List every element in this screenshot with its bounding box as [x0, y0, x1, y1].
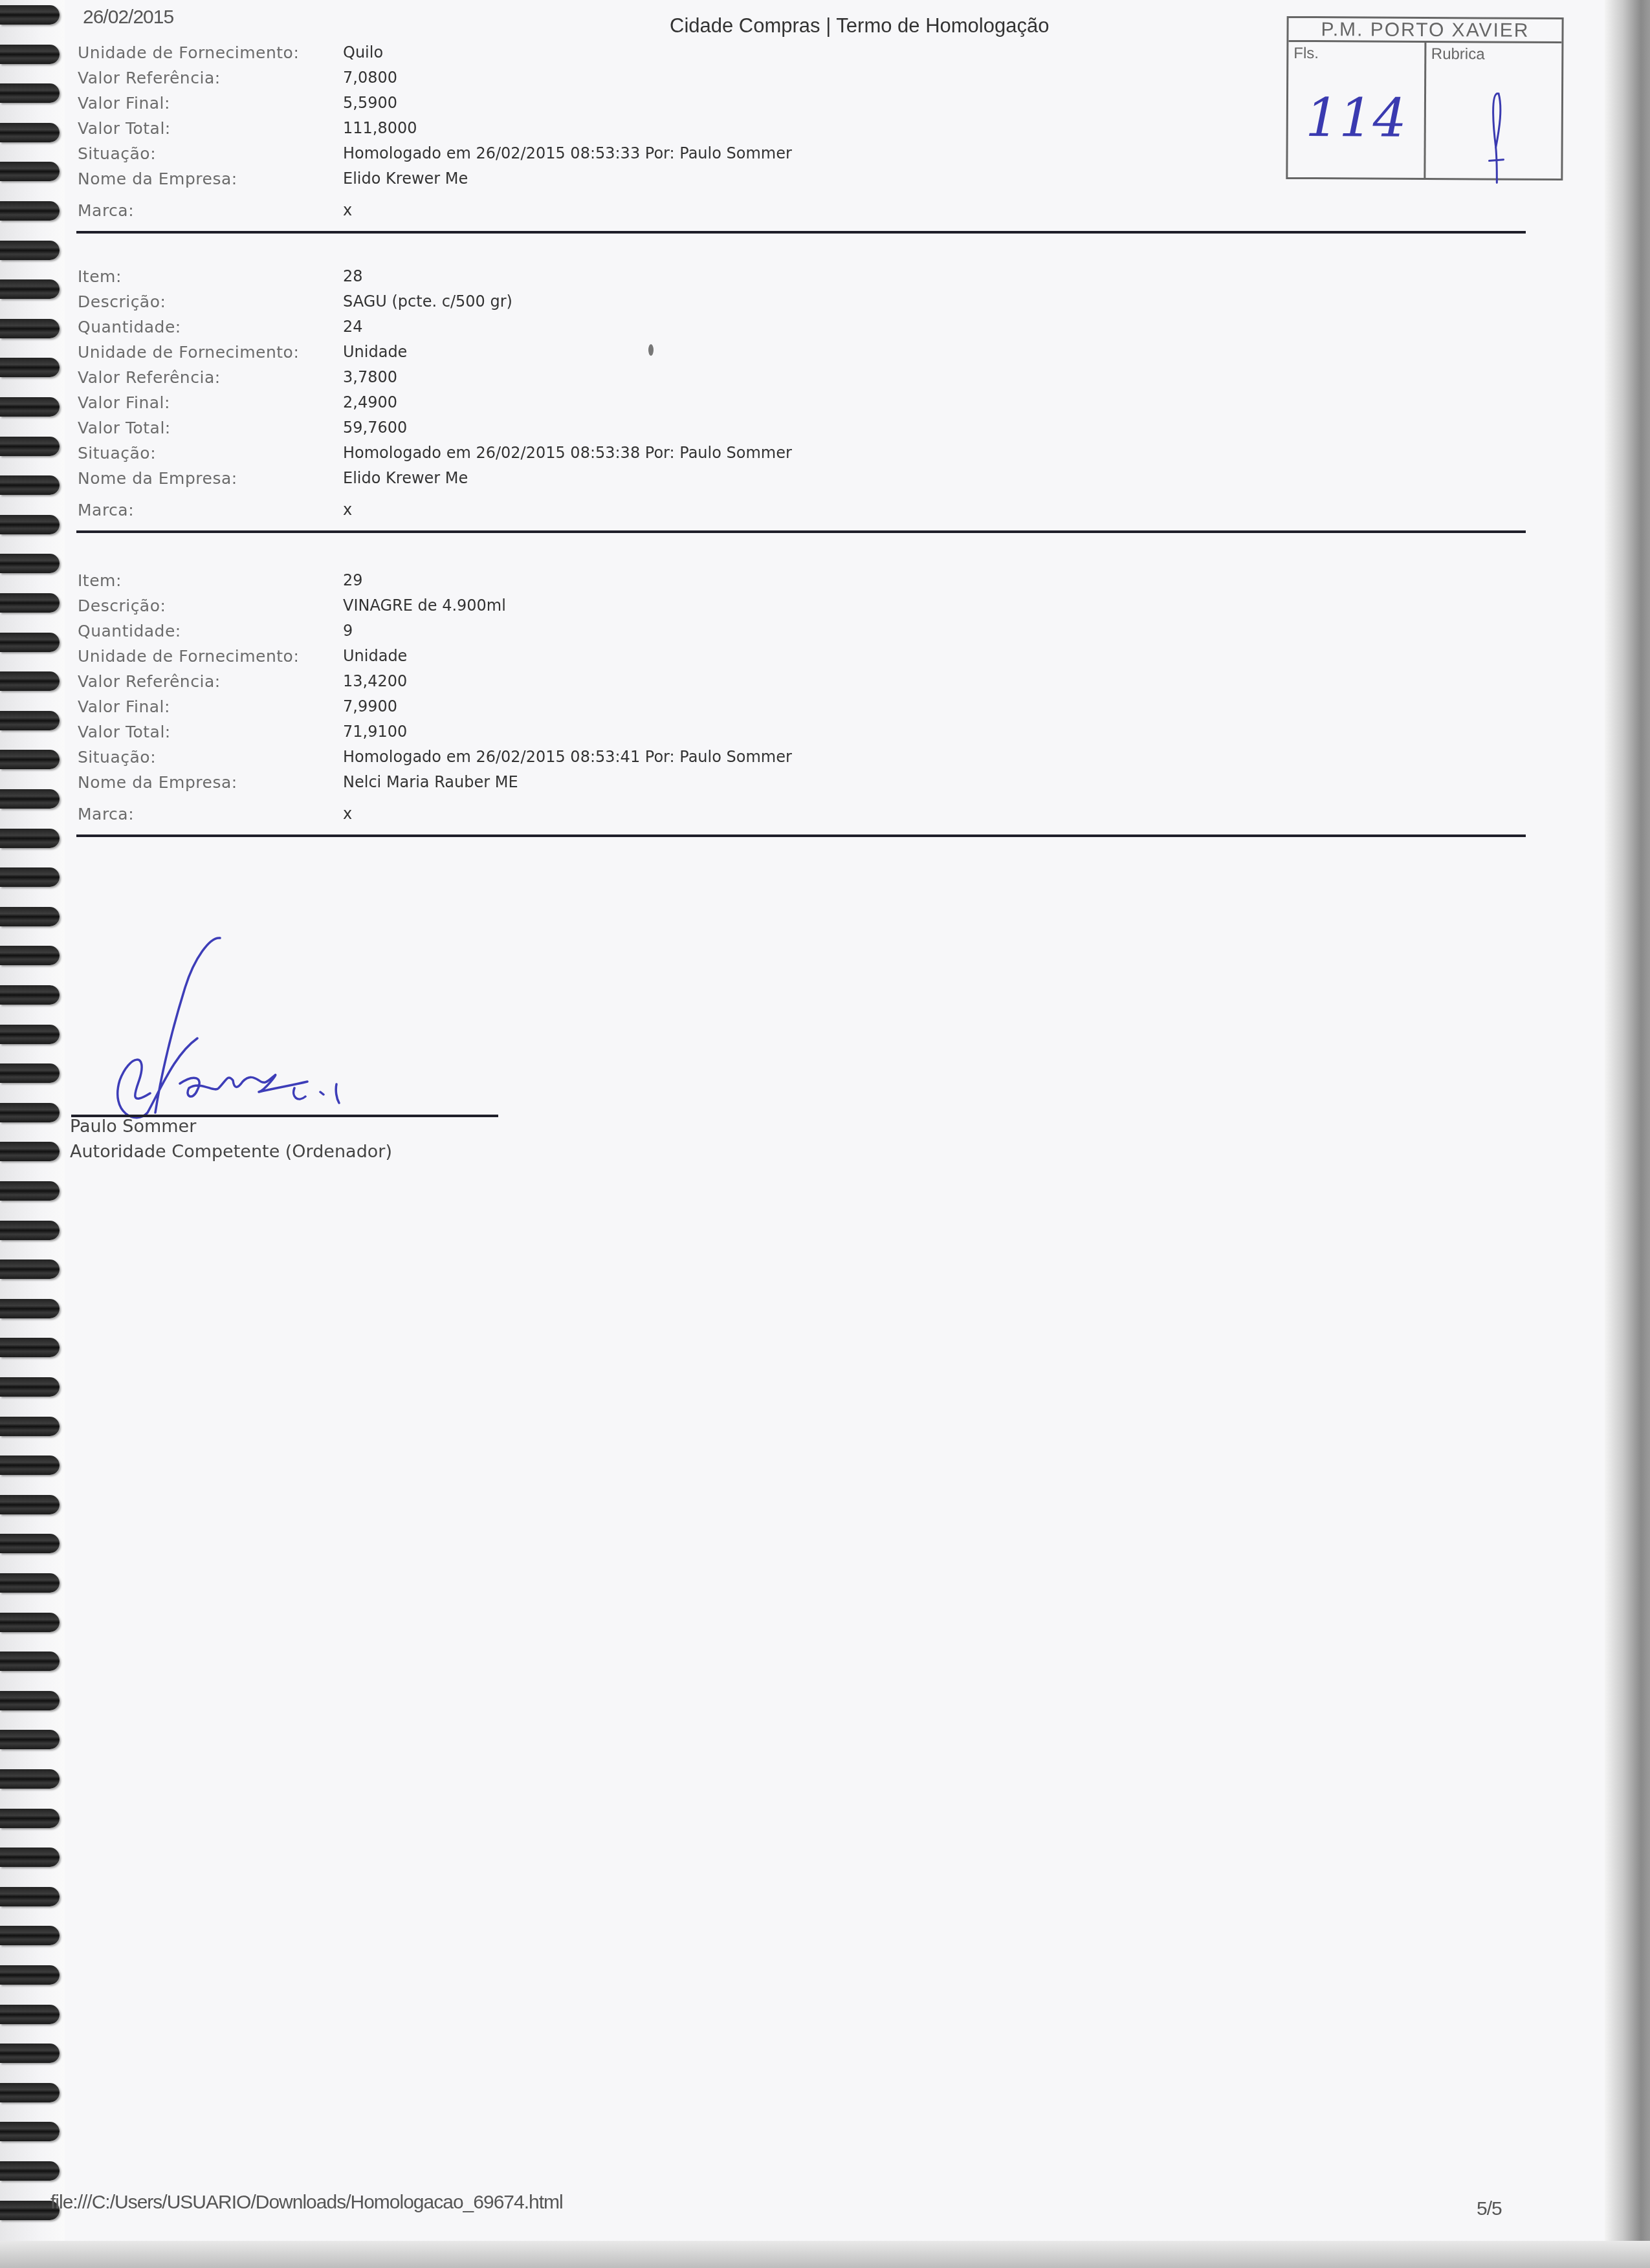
signatory-role: Autoridade Competente (Ordenador) — [70, 1142, 392, 1162]
binding-ring — [0, 1809, 60, 1828]
record-field-row: Unidade de Fornecimento:Unidade — [78, 644, 1527, 669]
field-label: Item: — [78, 264, 122, 289]
field-label: Quantidade: — [78, 618, 181, 644]
record-field-row: Situação:Homologado em 26/02/2015 08:53:… — [78, 441, 1527, 466]
record-field-row: Descrição:VINAGRE de 4.900ml — [78, 593, 1527, 618]
signatory-name: Paulo Sommer — [70, 1117, 196, 1137]
binding-ring — [0, 319, 60, 338]
record-field-row: Valor Final:5,5900 — [78, 91, 1527, 116]
binding-ring — [0, 437, 60, 456]
field-label: Situação: — [78, 745, 156, 770]
binding-ring — [0, 1063, 60, 1083]
field-label: Situação: — [78, 441, 156, 466]
binding-ring — [0, 2122, 60, 2141]
binding-ring — [0, 1103, 60, 1122]
binding-ring — [0, 1652, 60, 1671]
binding-ring — [0, 750, 60, 769]
field-label: Nome da Empresa: — [78, 166, 237, 191]
field-label: Marca: — [78, 497, 134, 523]
field-label: Valor Referência: — [78, 669, 221, 694]
field-label: Nome da Empresa: — [78, 466, 237, 491]
field-label: Situação: — [78, 141, 156, 166]
record-field-row: Nome da Empresa:Elido Krewer Me — [78, 166, 1527, 191]
binding-ring — [0, 1848, 60, 1867]
record-field-row: Valor Referência:13,4200 — [78, 669, 1527, 694]
binding-ring — [0, 1025, 60, 1044]
binding-ring — [0, 358, 60, 377]
binding-ring — [0, 907, 60, 926]
record-field-row: Valor Final:7,9900 — [78, 694, 1527, 719]
record-field-row: Marca:x — [78, 801, 1527, 827]
binding-ring — [0, 45, 60, 64]
binding-ring — [0, 1887, 60, 1906]
record-field-row: Marca:x — [78, 198, 1527, 223]
record-separator — [76, 834, 1526, 837]
spiral-binding — [0, 0, 65, 2268]
page-edge-shadow — [1605, 0, 1650, 2268]
field-value: Unidade — [343, 644, 407, 669]
field-value: Nelci Maria Rauber ME — [343, 770, 518, 795]
document-title: Cidade Compras | Termo de Homologação — [670, 14, 1049, 38]
binding-ring — [0, 593, 60, 613]
field-value: Homologado em 26/02/2015 08:53:33 Por: P… — [343, 141, 792, 166]
record-separator — [76, 231, 1526, 234]
field-label: Valor Final: — [78, 390, 170, 415]
binding-ring — [0, 162, 60, 181]
field-value: 2,4900 — [343, 390, 397, 415]
field-value: 111,8000 — [343, 116, 417, 141]
record-field-row: Valor Final:2,4900 — [78, 390, 1527, 415]
binding-ring — [0, 554, 60, 573]
footer-file-path: file:///C:/Users/USUARIO/Downloads/Homol… — [50, 2192, 563, 2214]
field-label: Valor Final: — [78, 91, 170, 116]
record-field-row: Marca:x — [78, 497, 1527, 523]
binding-ring — [0, 2161, 60, 2181]
page-bottom-shadow — [0, 2241, 1650, 2268]
record-field-row: Item:29 — [78, 568, 1527, 593]
field-value: VINAGRE de 4.900ml — [343, 593, 506, 618]
field-value: 3,7800 — [343, 365, 397, 390]
handwritten-signature — [65, 919, 453, 1126]
binding-ring — [0, 1338, 60, 1357]
binding-ring — [0, 1299, 60, 1318]
binding-ring — [0, 867, 60, 887]
binding-ring — [0, 1495, 60, 1514]
field-label: Marca: — [78, 801, 134, 827]
field-value: Homologado em 26/02/2015 08:53:38 Por: P… — [343, 441, 792, 466]
binding-ring — [0, 1259, 60, 1279]
binding-ring — [0, 201, 60, 221]
record-field-row: Unidade de Fornecimento:Unidade — [78, 340, 1527, 365]
field-value: Quilo — [343, 40, 383, 65]
binding-ring — [0, 1417, 60, 1436]
field-label: Unidade de Fornecimento: — [78, 340, 299, 365]
homologation-record: Item:29Descrição:VINAGRE de 4.900mlQuant… — [78, 568, 1527, 827]
binding-ring — [0, 1221, 60, 1240]
binding-ring — [0, 83, 60, 103]
record-field-row: Quantidade:9 — [78, 618, 1527, 644]
binding-ring — [0, 1965, 60, 1985]
field-label: Unidade de Fornecimento: — [78, 40, 299, 65]
binding-ring — [0, 1377, 60, 1397]
field-value: x — [343, 801, 352, 827]
record-separator — [76, 530, 1526, 533]
binding-ring — [0, 1730, 60, 1749]
field-value: 71,9100 — [343, 719, 407, 745]
field-label: Unidade de Fornecimento: — [78, 644, 299, 669]
record-field-row: Item:28 — [78, 264, 1527, 289]
binding-ring — [0, 633, 60, 652]
field-label: Valor Referência: — [78, 365, 221, 390]
binding-ring — [0, 2083, 60, 2102]
binding-ring — [0, 671, 60, 691]
record-field-row: Valor Referência:3,7800 — [78, 365, 1527, 390]
record-field-row: Valor Total:71,9100 — [78, 719, 1527, 745]
homologation-record: Unidade de Fornecimento:QuiloValor Refer… — [78, 40, 1527, 223]
field-label: Marca: — [78, 198, 134, 223]
binding-ring — [0, 1613, 60, 1632]
print-date: 26/02/2015 — [83, 6, 173, 28]
field-value: x — [343, 497, 352, 523]
record-field-row: Quantidade:24 — [78, 314, 1527, 340]
field-value: 29 — [343, 568, 363, 593]
field-label: Valor Total: — [78, 415, 171, 441]
binding-ring — [0, 515, 60, 534]
record-field-row: Situação:Homologado em 26/02/2015 08:53:… — [78, 745, 1527, 770]
binding-ring — [0, 1142, 60, 1161]
field-label: Quantidade: — [78, 314, 181, 340]
field-value: 13,4200 — [343, 669, 407, 694]
field-value: Unidade — [343, 340, 407, 365]
binding-ring — [0, 1691, 60, 1710]
binding-ring — [0, 241, 60, 260]
record-field-row: Valor Total:111,8000 — [78, 116, 1527, 141]
record-field-row: Nome da Empresa:Elido Krewer Me — [78, 466, 1527, 491]
field-label: Descrição: — [78, 289, 166, 314]
field-label: Valor Total: — [78, 719, 171, 745]
field-label: Item: — [78, 568, 122, 593]
binding-ring — [0, 475, 60, 495]
field-label: Valor Referência: — [78, 65, 221, 91]
binding-ring — [0, 397, 60, 417]
binding-ring — [0, 1769, 60, 1789]
scan-speck — [648, 344, 654, 356]
binding-ring — [0, 1181, 60, 1201]
page-number: 5/5 — [1477, 2198, 1502, 2220]
record-field-row: Descrição:SAGU (pcte. c/500 gr) — [78, 289, 1527, 314]
field-value: 28 — [343, 264, 363, 289]
binding-ring — [0, 1926, 60, 1945]
binding-ring — [0, 946, 60, 965]
binding-ring — [0, 279, 60, 299]
record-field-row: Valor Referência:7,0800 — [78, 65, 1527, 91]
binding-ring — [0, 123, 60, 142]
record-field-row: Nome da Empresa:Nelci Maria Rauber ME — [78, 770, 1527, 795]
field-value: 59,7600 — [343, 415, 407, 441]
binding-ring — [0, 1456, 60, 1475]
field-value: 7,0800 — [343, 65, 397, 91]
binding-ring — [0, 5, 60, 25]
field-label: Valor Final: — [78, 694, 170, 719]
field-label: Descrição: — [78, 593, 166, 618]
field-value: 5,5900 — [343, 91, 397, 116]
record-field-row: Unidade de Fornecimento:Quilo — [78, 40, 1527, 65]
record-field-row: Valor Total:59,7600 — [78, 415, 1527, 441]
field-value: Homologado em 26/02/2015 08:53:41 Por: P… — [343, 745, 792, 770]
binding-ring — [0, 829, 60, 848]
binding-ring — [0, 711, 60, 730]
binding-ring — [0, 2005, 60, 2024]
homologation-record: Item:28Descrição:SAGU (pcte. c/500 gr)Qu… — [78, 264, 1527, 523]
binding-ring — [0, 1534, 60, 1553]
field-value: SAGU (pcte. c/500 gr) — [343, 289, 512, 314]
field-value: Elido Krewer Me — [343, 166, 468, 191]
field-value: 9 — [343, 618, 353, 644]
field-value: x — [343, 198, 352, 223]
binding-ring — [0, 1573, 60, 1593]
field-label: Valor Total: — [78, 116, 171, 141]
field-value: 24 — [343, 314, 363, 340]
field-value: 7,9900 — [343, 694, 397, 719]
field-value: Elido Krewer Me — [343, 466, 468, 491]
record-field-row: Situação:Homologado em 26/02/2015 08:53:… — [78, 141, 1527, 166]
binding-ring — [0, 789, 60, 809]
field-label: Nome da Empresa: — [78, 770, 237, 795]
binding-ring — [0, 2044, 60, 2063]
binding-ring — [0, 985, 60, 1005]
